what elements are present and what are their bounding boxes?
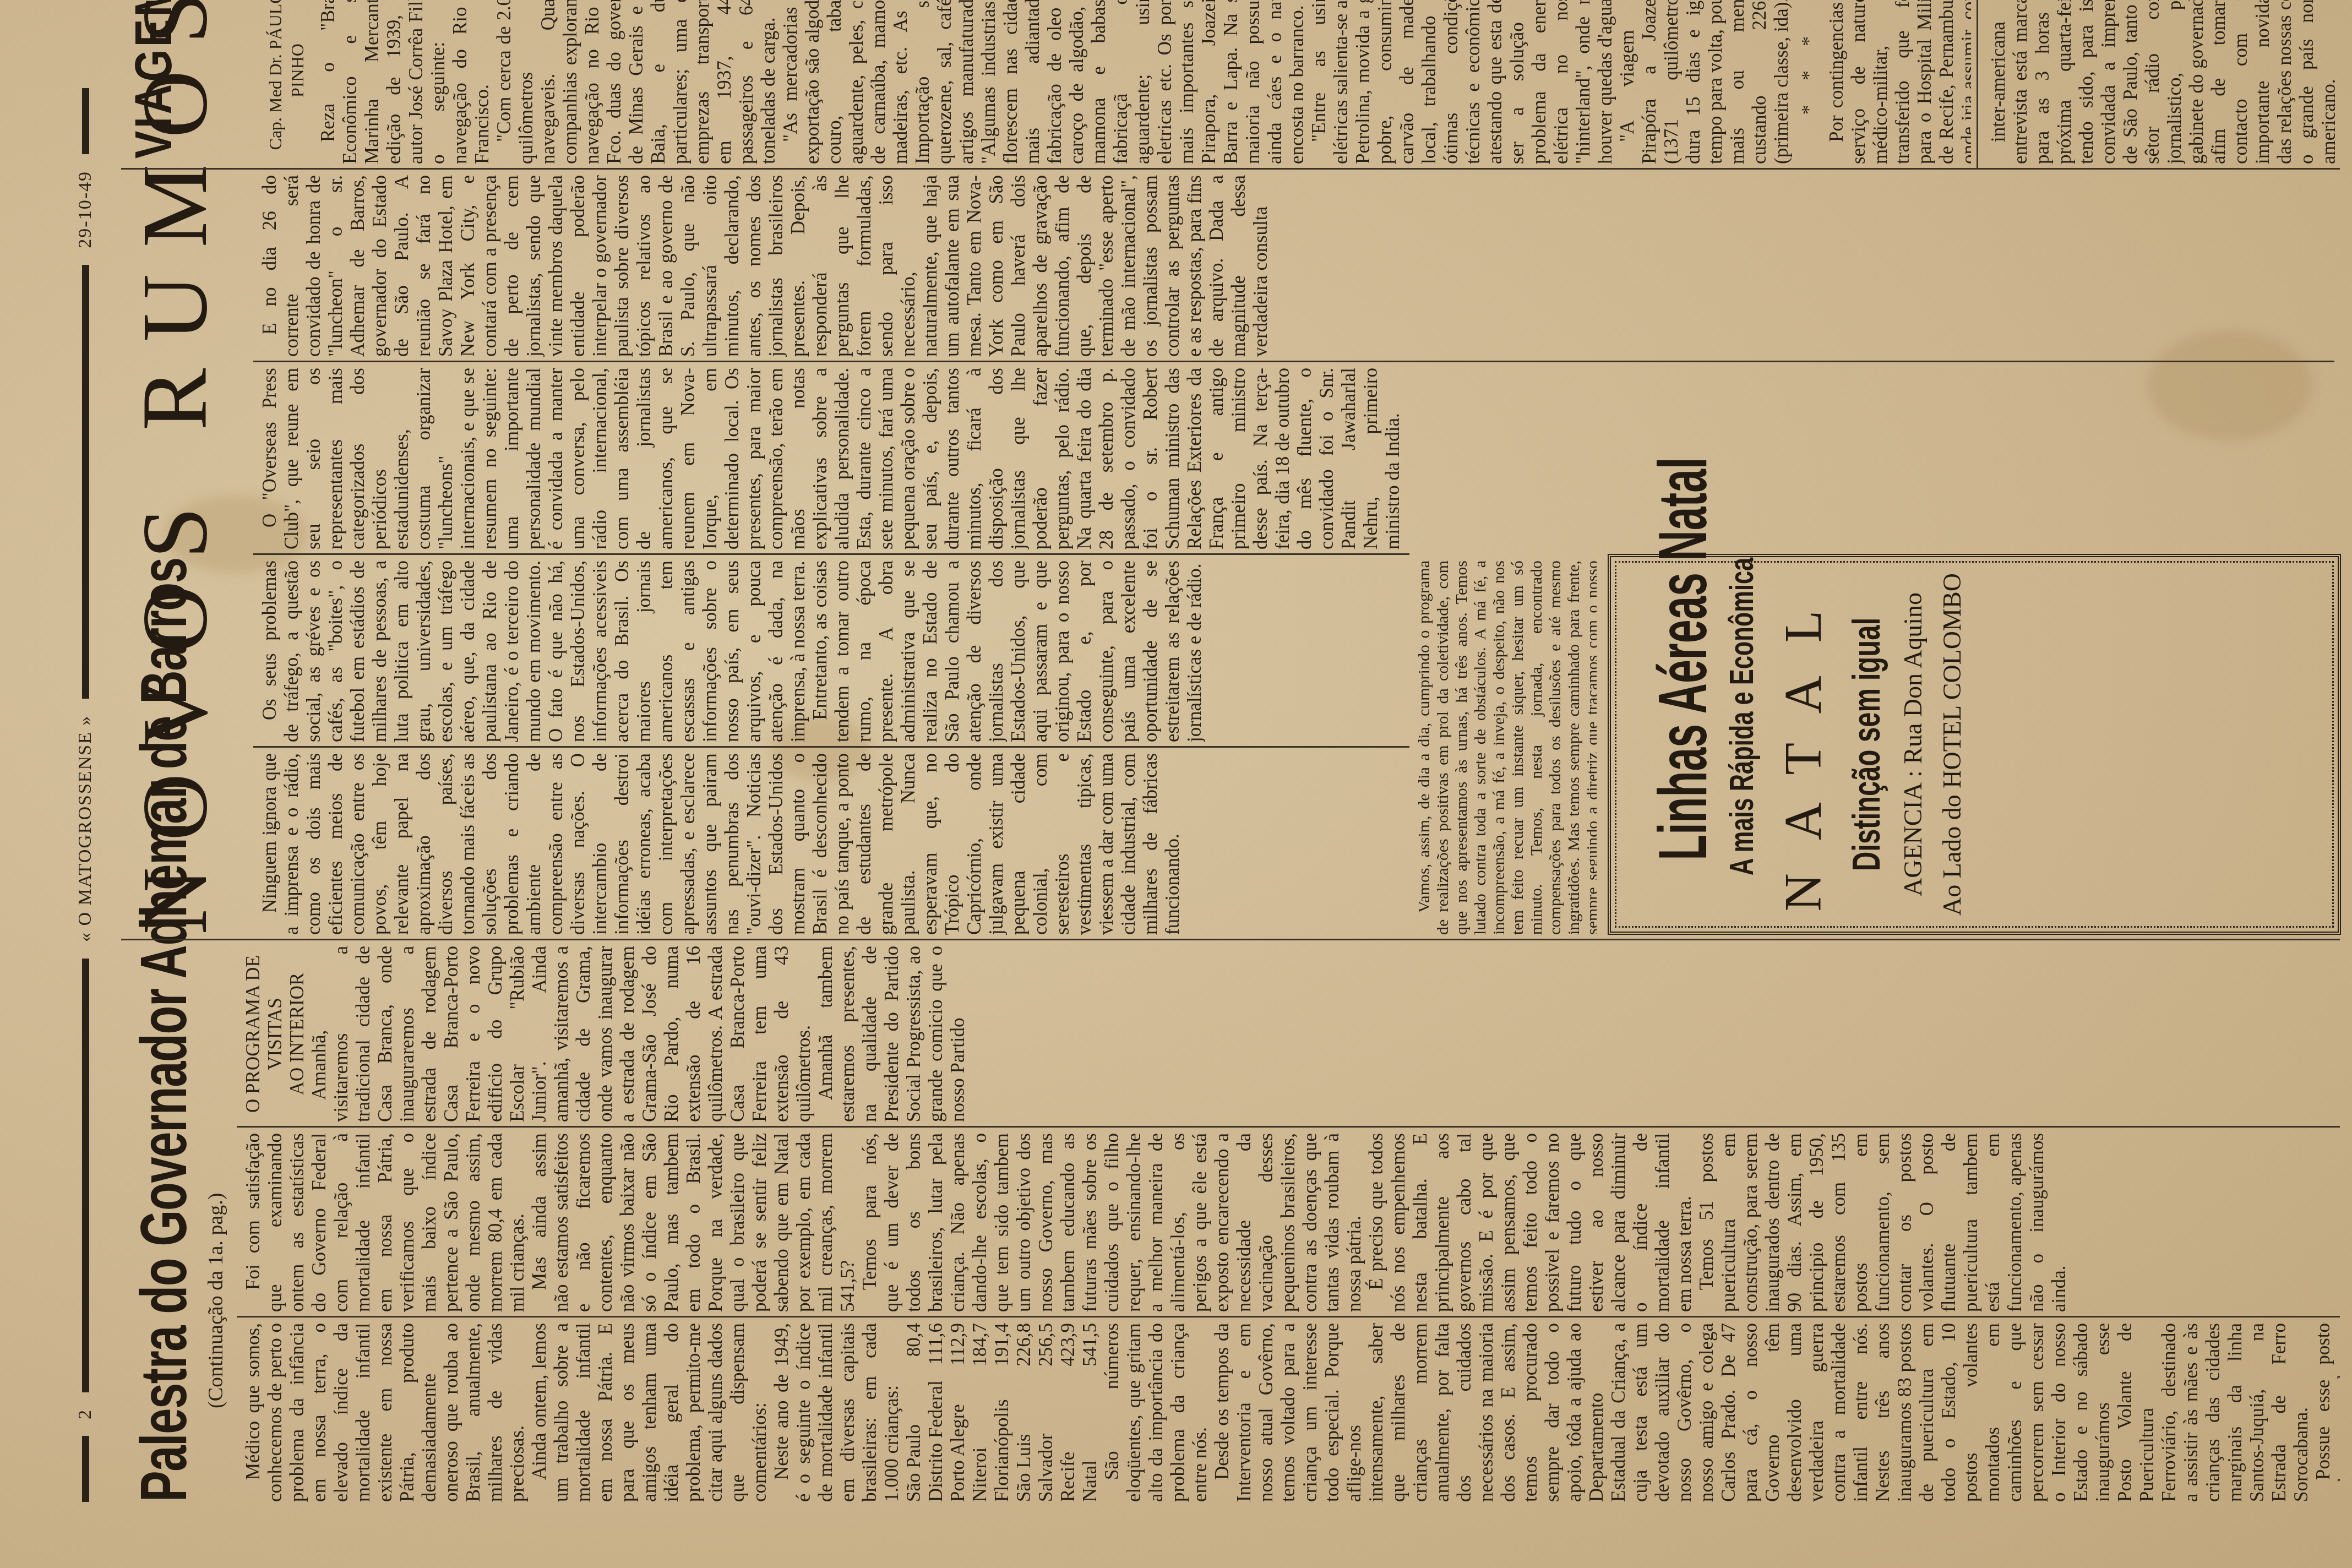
- paragraph: E no dia 26 do corrente será convidado d…: [259, 175, 1272, 357]
- column-rule: [237, 1126, 2340, 1128]
- column-rule: [121, 168, 2340, 170]
- city-cell: Niteroi: [969, 1370, 991, 1502]
- paragraph: Entretanto, as coisas tendem a tomar out…: [809, 560, 1206, 742]
- table-row: São Luis226,8: [1013, 1323, 1035, 1502]
- ad-agency: AGENCIA : Rua Don Aquino: [1898, 557, 1928, 932]
- headline-viagem: VIAGEM PELO RIO SÃO FRANCISCO: [121, 31, 186, 159]
- masthead-rule: [82, 959, 89, 1392]
- mortality-table: São Paulo80,4Distrito Federal111,6Porto …: [903, 1323, 1101, 1502]
- paragraph: Foi com satisfação que examinando ontem …: [242, 1133, 529, 1312]
- paragraph: inter-americana a entrevista está marcad…: [1988, 0, 2340, 164]
- palestra-column-1: Médico que somos, conhecemos de perto o …: [242, 1323, 2340, 1502]
- table-row: São Paulo80,4: [903, 1323, 925, 1502]
- column-rule: [237, 1316, 2340, 1317]
- paragraph: Ninguem ignora que a imprensa e o rádio,…: [259, 753, 1184, 935]
- city-cell: São Luis: [1013, 1370, 1035, 1502]
- section-heading: O PROGRAMA DE VISITAS: [242, 946, 286, 1122]
- table-row: Natal541,5: [1079, 1323, 1101, 1502]
- newspaper-name: « O MATOGROSSENSE »: [75, 715, 96, 942]
- paragraph: Temos para nós, que é um dever de todos …: [859, 1133, 1365, 1312]
- novos-rumos-column-3: O "Overseas Press Club", que reune em se…: [259, 368, 2340, 549]
- table-row: Niteroi184,7: [969, 1323, 991, 1502]
- table-row: Salvador256,5: [1035, 1323, 1057, 1502]
- column-rule: [253, 553, 1409, 555]
- paragraph: Neste ano de 1949, é o seguinte o índice…: [771, 1323, 903, 1502]
- paragraph: "Entre as usinas elétricas salienta-se a…: [1308, 0, 1616, 164]
- city-cell: São Paulo: [903, 1370, 925, 1502]
- paragraph: Possue esse posto volante, montado num v…: [2312, 1323, 2340, 1502]
- advertisement-linhas-aereas-natal: Linhas Aéreas Natal A mais Rápida e Econ…: [1608, 554, 2341, 935]
- city-cell: Natal: [1079, 1370, 1101, 1502]
- columns-area: Palestra do Governador Adhemar de Barros…: [121, 77, 2308, 1502]
- masthead-rule: [82, 88, 89, 154]
- masthead: 2 « O MATOGROSSENSE » 29-10-49: [66, 88, 105, 1502]
- city-cell: Recife: [1057, 1370, 1079, 1502]
- issue-date: 29-10-49: [75, 171, 96, 248]
- rate-cell: 423,9: [1057, 1323, 1079, 1370]
- table-row: Porto Alegre112,9: [947, 1323, 969, 1502]
- ad-slogan: Distinção sem igual: [1844, 613, 1888, 875]
- column-rule: [253, 746, 1409, 748]
- city-cell: Salvador: [1035, 1370, 1057, 1502]
- paragraph: Amanhã, visitaremos a tradicional cidade…: [308, 946, 815, 1122]
- paragraph: Reza o "Brasil Econômico e sua Marinha M…: [317, 0, 493, 164]
- ad-title: Linhas Aéreas Natal: [1644, 628, 1722, 861]
- paragraph: "Com cerca de 2.000 quilômetros navegave…: [493, 0, 780, 164]
- ad-brand: NATAL: [1772, 557, 1833, 932]
- paragraph: É preciso que todos nós nos empenhemos n…: [1365, 1133, 1696, 1312]
- ad-location: Ao Lado do HOTEL COLOMBO: [1937, 557, 1967, 932]
- section-rule: [1977, 0, 1978, 170]
- paragraph: Os seus problemas de tráfego, a questão …: [259, 560, 809, 742]
- subtitle-continuacao: (Continuação da 1a. pag.): [204, 1193, 228, 1408]
- rate-cell: 226,8: [1013, 1323, 1035, 1370]
- rate-cell: 112,9: [947, 1323, 969, 1370]
- novos-rumos-continuation: inter-americana a entrevista está marcad…: [1988, 0, 2340, 164]
- page-number: 2: [75, 1409, 96, 1419]
- column-rule: [253, 361, 2334, 362]
- paragraph: Amanhã tambem estaremos presentes, na qu…: [815, 946, 969, 1122]
- paragraph: O "Overseas Press Club", que reune em se…: [259, 368, 1404, 549]
- paragraph: "As mercadorias de exportação são algodã…: [780, 0, 1308, 164]
- table-row: Recife423,9: [1057, 1323, 1079, 1502]
- paragraph: Vamos, assim, de dia a dia, cumprindo o …: [1415, 560, 1597, 935]
- novos-rumos-box-note: Vamos, assim, de dia a dia, cumprindo o …: [1415, 560, 1597, 935]
- viagem-column: Cap. Med Dr. PÁULO PINHO Reza o "Brasil …: [264, 0, 1971, 164]
- column-rule: [121, 939, 2340, 940]
- newspaper-page: 2 « O MATOGROSSENSE » 29-10-49 Palestra …: [0, 0, 2352, 1568]
- palestra-column-2: Foi com satisfação que examinando ontem …: [242, 1133, 2340, 1312]
- byline: Cap. Med Dr. PÁULO PINHO: [264, 0, 308, 164]
- table-row: Distrito Federal111,6: [925, 1323, 947, 1502]
- novos-rumos-column-1: Ninguem ignora que a imprensa e o rádio,…: [259, 753, 1404, 935]
- ad-tagline: A mais Rápida e Econômica: [1722, 613, 1761, 875]
- table-row: Florianópolis191,4: [991, 1323, 1013, 1502]
- paragraph: Desde os tempos da Interventoria e em no…: [1211, 1323, 2312, 1502]
- palestra-column-3: O PROGRAMA DE VISITAS AO INTERIOR Amanhã…: [242, 946, 2340, 1122]
- paragraph: Por contingencias de serviço de natureza…: [1826, 0, 1971, 164]
- rate-cell: 256,5: [1035, 1323, 1057, 1370]
- rate-cell: 541,5: [1079, 1323, 1101, 1370]
- scanned-newspaper-page: 2 « O MATOGROSSENSE » 29-10-49 Palestra …: [0, 0, 2352, 1568]
- city-cell: Distrito Federal: [925, 1370, 947, 1502]
- paragraph: Médico que somos, conhecemos de perto o …: [242, 1323, 529, 1502]
- paragraph: Mas ainda assim não estamos satisfeitos …: [529, 1133, 859, 1312]
- masthead-rule: [82, 265, 89, 699]
- rate-cell: 111,6: [925, 1323, 947, 1370]
- separator: * * *: [1798, 0, 1820, 164]
- rate-cell: 191,4: [991, 1323, 1013, 1370]
- rate-cell: 80,4: [903, 1323, 925, 1370]
- rate-cell: 184,7: [969, 1323, 991, 1370]
- novos-rumos-column-2: Os seus problemas de tráfego, a questão …: [259, 560, 1404, 742]
- masthead-rule: [82, 1436, 89, 1502]
- paragraph: São números eloqüentes, que gritam alto …: [1101, 1323, 1211, 1502]
- paragraph: Temos 51 postos puericultura em construç…: [1696, 1133, 2070, 1312]
- novos-rumos-column-4: E no dia 26 do corrente será convidado d…: [259, 175, 2340, 357]
- city-cell: Porto Alegre: [947, 1370, 969, 1502]
- city-cell: Florianópolis: [991, 1370, 1013, 1502]
- section-heading: AO INTERIOR: [286, 946, 308, 1122]
- paragraph: "A viagem de Pirapóra a Joazeiro (1371 q…: [1616, 0, 1793, 164]
- paragraph: Ainda ontem, lemos um trabalho sobre a m…: [529, 1323, 771, 1502]
